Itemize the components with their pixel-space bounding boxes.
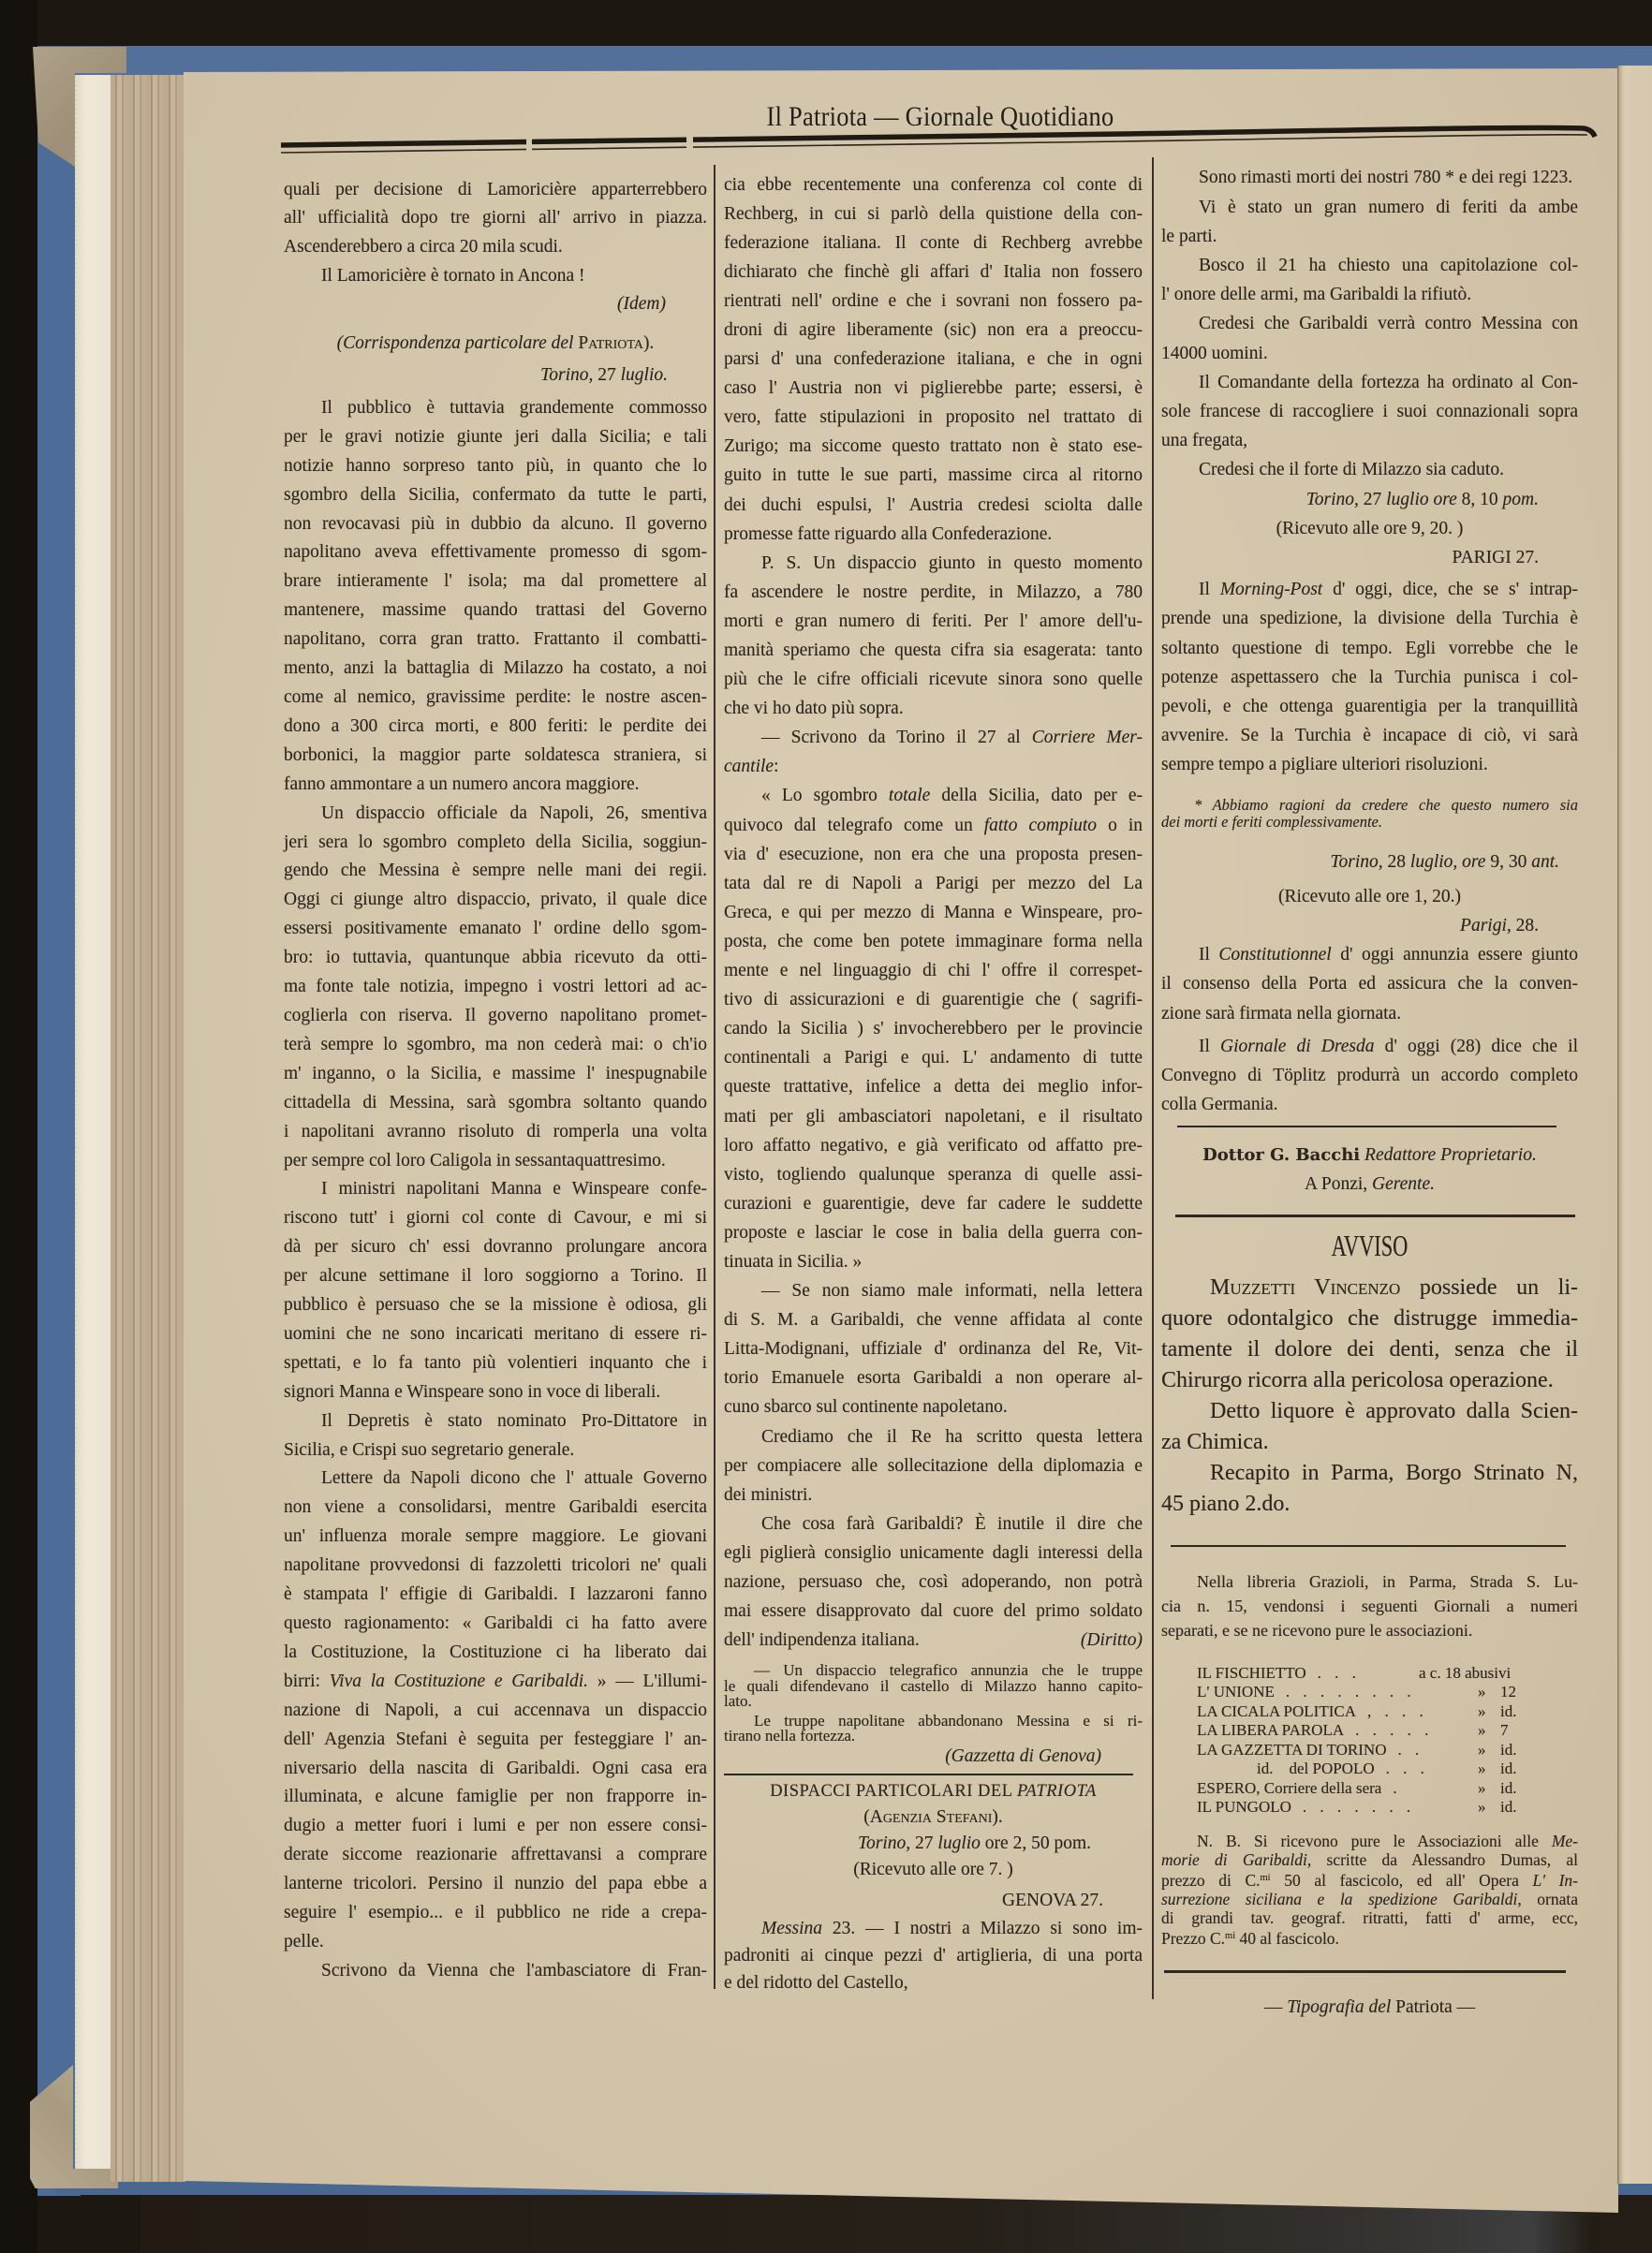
text-line: separati, e se ne ricevono pure le assoc…: [1161, 1618, 1578, 1642]
text-segment: , ornata: [1517, 1890, 1578, 1908]
text-line: un' influenza morale sempre maggiore. Le…: [284, 1523, 707, 1552]
paragraph: Vi è stato un gran numero di feriti da a…: [1161, 193, 1578, 251]
text-line: potenze aspettassero che la Turchia puni…: [1161, 663, 1578, 692]
text-line: e del ridotto del Castello,: [724, 1969, 1143, 1996]
received-time: (Ricevuto alle ore 9, 20. ): [1161, 514, 1578, 543]
advertisement-paragraph: Detto liquore è approvato dalla Scien-za…: [1161, 1396, 1578, 1458]
advertisement-title: AVVISO: [1161, 1227, 1578, 1264]
text-line: per le gravi notizie giunte jeri dalla S…: [284, 423, 707, 452]
text-line: A Ponzi, Gerente.: [1161, 1170, 1578, 1199]
text-line: cando la Sicilia ) s' invocherebbero per…: [724, 1014, 1143, 1043]
text-line: torio Emanuele esorta Garibaldi a non op…: [724, 1363, 1143, 1392]
text-line: continentali a Parigi e qui. L' andament…: [724, 1043, 1143, 1072]
price-list-row: id. del POPOLO. . .»id.: [1161, 1760, 1578, 1779]
text-line: Greca, e qui per mezzo di Manna e Winspe…: [724, 898, 1143, 927]
price-list-row: IL FISCHIETTO. . .a c. 18 abusivi: [1161, 1664, 1578, 1684]
text-line: Vi è stato un gran numero di feriti da a…: [1161, 193, 1578, 222]
text-line: parsi d' una confederazione italiana, e …: [724, 345, 1143, 374]
text-segment: N. B. Si ricevono pure le Associazioni a…: [1197, 1832, 1552, 1850]
text-line: Bosco il 21 ha chiesto una capitolazione…: [1161, 251, 1578, 280]
text-segment: d' oggi annunzia essere giunto: [1332, 945, 1578, 965]
paragraph: Crediamo che il Re ha scritto questa let…: [724, 1422, 1143, 1509]
column-3: Sono rimasti morti dei nostri 780 * e de…: [1161, 163, 1578, 2021]
text-line: za Chimica.: [1161, 1427, 1578, 1458]
text-line: la Costituzione, la Costituzione ci ha l…: [284, 1639, 707, 1668]
masthead-rule: [0, 0, 1652, 187]
price-list-dots: . . . . . . .: [1303, 1798, 1415, 1816]
column-divider-1: [714, 165, 715, 1989]
price-list-dots: . . . . .: [1355, 1721, 1433, 1739]
text-line: soltanto questione di tempo. Egli vorreb…: [1161, 634, 1578, 663]
text-line: (Idem): [284, 291, 666, 317]
text-segment: ).: [643, 333, 654, 353]
text-line: le parti.: [1161, 222, 1578, 251]
text-line: questo ragionamento: « Garibaldi ci ha f…: [284, 1610, 707, 1639]
text-line: per alcune settimane il loro soggiorno a…: [284, 1262, 707, 1291]
price-list-name: IL FISCHIETTO: [1197, 1664, 1306, 1682]
text-line: coglierla con riserva. Il governo napoli…: [284, 1002, 707, 1031]
text-line: Recapito in Parma, Borgo Strinato N,: [1161, 1458, 1578, 1489]
text-line: più che le cifre officiali ricevute sino…: [724, 665, 1143, 694]
text-line: cuno sbarco sul continente napoletano.: [724, 1392, 1143, 1421]
italic-text: Giornale di Dresda: [1220, 1037, 1375, 1056]
advertisement-paragraph: Muzzetti Vincenzo possiede un li-quore o…: [1161, 1273, 1578, 1396]
text-line: Zurigo; ma siccome questo trattato non è…: [724, 432, 1143, 461]
text-line: promesse fatte riguardo alla Confederazi…: [724, 520, 1143, 549]
paragraph: Il Giornale di Dresda d' oggi (28) dice …: [1161, 1032, 1578, 1120]
text-segment: della Sicilia, dato per e-: [930, 786, 1143, 805]
italic-text: Torino,: [1330, 852, 1382, 872]
text-line: per compiacere alle sollecitazione della…: [724, 1451, 1143, 1480]
text-line: quore odontalgico che distrugge immedia-: [1161, 1303, 1578, 1334]
paragraph: Sono rimasti morti dei nostri 780 * e de…: [1161, 163, 1578, 192]
text-segment: quivoco dal telegrafo come un: [724, 816, 984, 835]
text-line: guito in tutte le sue parti, massime cir…: [724, 461, 1143, 490]
text-line: (Ricevuto alle ore 7. ): [724, 1857, 1143, 1883]
text-line: federazione italiana. Il conte di Rechbe…: [724, 228, 1143, 258]
price-list-row: LA LIBERA PAROLA. . . . .»7: [1161, 1721, 1578, 1741]
paragraph: Bosco il 21 ha chiesto una capitolazione…: [1161, 251, 1578, 309]
text-line: m' inganno, o la Sicilia, e massime l' i…: [284, 1060, 707, 1089]
text-line: di grandi tav. geograf. ritratti, fatti …: [1161, 1908, 1578, 1927]
text-line: visto, togliendo qualunque speranza di q…: [724, 1160, 1143, 1189]
text-line: morie di Garibaldi, scritte da Alessandr…: [1161, 1850, 1578, 1869]
text-line: Lettere da Napoli dicono che l' attuale …: [284, 1465, 707, 1494]
text-line: Detto liquore è approvato dalla Scien-: [1161, 1396, 1578, 1427]
italic-text: (Idem): [617, 294, 666, 314]
text-line: prende una spedizione, la divisione dell…: [1161, 604, 1578, 633]
divider-rule: [1171, 1545, 1566, 1547]
text-line: le quali difendevano il castello di Mila…: [724, 1679, 1143, 1695]
text-line: mantenere, massime quando trattasi del G…: [284, 596, 707, 626]
paragraph: Il Depretis è stato nominato Pro-Dittato…: [284, 1407, 707, 1465]
text-line: zione sarà firmata nella giornata.: [1161, 999, 1578, 1028]
text-segment: — Scrivono da Torino il 27 al: [761, 728, 1032, 747]
price-list-mark: »: [1478, 1741, 1486, 1760]
text-line: niversario della nascita di Garibaldi. O…: [284, 1755, 707, 1784]
dateline: Torino, 27 luglio ore 8, 10 pom.: [1161, 485, 1578, 514]
paragraph: quali per decisione di Lamoricière appar…: [284, 176, 707, 263]
price-list-mark: »: [1478, 1798, 1486, 1818]
text-segment: A Ponzi,: [1305, 1174, 1372, 1194]
text-line: sgombro della Sicilia, confermato da tut…: [284, 481, 707, 510]
dispatch-location: GENOVA 27.: [724, 1886, 1143, 1915]
text-line: caso l' Austria non vi piglierebbe parte…: [724, 374, 1143, 403]
paragraph: Il Constitutionnel d' oggi annunzia esse…: [1161, 940, 1578, 1028]
text-line: nazione, persuaso che, così adoperando, …: [724, 1568, 1143, 1597]
text-line: il consenso della Porta ed assicura che …: [1161, 969, 1578, 998]
text-line: Il Comandante della fortezza ha ordinato…: [1161, 368, 1578, 397]
text-line: sole francese di raccogliere i suoi conn…: [1161, 397, 1578, 426]
price-list-dots: .: [1393, 1779, 1401, 1797]
price-list-name: ESPERO, Corriere della sera: [1197, 1779, 1381, 1797]
text-line: — Tipografia del Patriota —: [1161, 1994, 1578, 2022]
paragraph: Il Morning-Post d' oggi, dice, che se s'…: [1161, 575, 1578, 779]
price-list-name: IL PUNGOLO: [1197, 1798, 1291, 1816]
text-line: cittadella di Messina, sarà sgombra solt…: [284, 1089, 707, 1118]
text-line: all' ufficialità dopo tre giorni all' ar…: [284, 204, 707, 233]
text-line: Il Depretis è stato nominato Pro-Dittato…: [284, 1407, 707, 1436]
column-divider-2: [1152, 157, 1154, 1999]
text-line: lato.: [724, 1694, 1143, 1710]
text-line: (Ricevuto alle ore 9, 20. ): [1161, 514, 1578, 543]
source-attribution: (Gazzetta di Genova): [724, 1745, 1143, 1769]
price-list-dots: . .: [1397, 1741, 1423, 1759]
text-line: dichiarato che finchè gli affari d' Ital…: [724, 258, 1143, 287]
colophon: — Tipografia del Patriota —: [1161, 1994, 1578, 2022]
text-line: ma fonte tale notizia, impegno i vostri …: [284, 973, 707, 1002]
dateline: Torino, 27 luglio ore 2, 50 pom.: [724, 1831, 1143, 1857]
text-line: surrezione siciliana e la spedizione Gar…: [1161, 1890, 1578, 1908]
price-list-price: 7: [1500, 1721, 1509, 1741]
italic-text: Constitutionnel: [1218, 945, 1331, 965]
text-line: dell' indipendenza italiana.(Diritto): [724, 1626, 1143, 1655]
text-line: Crediamo che il Re ha scritto questa let…: [724, 1422, 1143, 1451]
divider-rule: [1175, 1215, 1575, 1217]
price-list-mark: »: [1478, 1779, 1486, 1799]
italic-text: Viva la Costituzione e Garibaldi.: [330, 1671, 588, 1691]
text-line: pevoli, e che ottenga guarentigia per la…: [1161, 692, 1578, 721]
text-line: vero, fatte stipulazioni in proposito ne…: [724, 403, 1143, 432]
advertisement-paragraph: Recapito in Parma, Borgo Strinato N,45 p…: [1161, 1458, 1578, 1520]
text-line: 14000 uomini.: [1161, 339, 1578, 368]
text-line: Rechberg, in cui si parlò della quistion…: [724, 199, 1143, 228]
italic-text: pom.: [1503, 490, 1539, 509]
text-line: è stampata l' effigie di Garibaldi. I la…: [284, 1581, 707, 1610]
text-line: Parigi, 28.: [1161, 911, 1539, 940]
text-line: morti e gran numero di feriti. Per l' am…: [724, 607, 1143, 636]
text-segment: Il: [1199, 1037, 1220, 1056]
text-segment: » — L'illumi-: [588, 1671, 707, 1691]
text-line: nazione di Napoli, a cui accennava un di…: [284, 1697, 707, 1726]
price-list-dots: . . . . . . . .: [1286, 1683, 1416, 1701]
paragraph: — Scrivono da Torino il 27 al Corriere M…: [724, 723, 1143, 781]
italic-text: (Corrispondenza particolare del: [337, 333, 579, 353]
text-segment: d' oggi (28) dice che il: [1375, 1037, 1578, 1056]
text-line: — Se non siamo male informati, nella l­e…: [724, 1276, 1143, 1305]
text-line: Messina 23. — I nostri a Milazzo si sono…: [724, 1915, 1143, 1942]
italic-text: morie di Garibaldi: [1161, 1850, 1307, 1869]
divider-rule: [724, 1774, 1133, 1775]
text-line: 45 piano 2.do.: [1161, 1489, 1578, 1520]
price-list-mark: »: [1478, 1721, 1486, 1741]
text-line: Convegno di Töplitz produrrà un accordo …: [1161, 1061, 1578, 1090]
text-line: via d' esecuzione, non era che una propo…: [724, 840, 1143, 869]
text-line: jeri sera lo sgombro completo della Sici…: [284, 829, 707, 858]
dispatch-location: PARIGI 27.: [1161, 543, 1578, 572]
text-line: Il Giornale di Dresda d' oggi (28) dice …: [1161, 1032, 1578, 1061]
italic-text: Torino,: [540, 365, 593, 385]
text-segment: :: [774, 757, 778, 776]
text-line: riscono tutt' i giorni col conte di Cavo…: [284, 1204, 707, 1233]
text-line: proposte e lasciar le cose in balia dell…: [724, 1218, 1143, 1247]
received-time: (Ricevuto alle ore 1, 20.): [1161, 882, 1578, 911]
text-line: Sicilia, e Crispi suo segretario general…: [284, 1436, 707, 1465]
price-list-price: id.: [1500, 1779, 1516, 1799]
text-line: GENOVA 27.: [724, 1886, 1103, 1915]
text-line: manità speriamo che questa cifra sia esa…: [724, 636, 1143, 665]
paragraph: Scrivono da Vienna che l'ambasciatore di…: [284, 1957, 707, 1986]
italic-text: Gerente.: [1372, 1174, 1435, 1194]
text-segment: d' oggi, dice, che se s' intrap-: [1322, 580, 1578, 599]
price-list-dots: , . . .: [1367, 1702, 1428, 1720]
paragraph: Il Comandante della fortezza ha ordinato…: [1161, 368, 1578, 456]
italic-text: (Diritto): [1081, 1626, 1143, 1655]
text-line: colla Germania.: [1161, 1090, 1578, 1119]
text-line: Il pubblico è tuttavia grandemente commo…: [284, 394, 707, 423]
italic-text: Me-: [1552, 1832, 1578, 1850]
text-line: loro affatto negativo, e già verificato …: [724, 1131, 1143, 1160]
price-list-row: L' UNIONE. . . . . . . .»12: [1161, 1683, 1578, 1702]
dateline: Torino, 28 luglio, ore 9, 30 ant.: [1161, 847, 1578, 876]
text-line: mati per gli ambasciatori napoletani, e …: [724, 1102, 1143, 1131]
price-list-row: ESPERO, Corriere della sera.»id.: [1161, 1779, 1578, 1799]
price-list-name: id. del POPOLO: [1257, 1760, 1375, 1777]
text-line: birri: Viva la Costituzione e Garibaldi.…: [284, 1668, 707, 1697]
small-caps-text: (Agenzia Stefani).: [863, 1807, 1003, 1827]
text-line: fanno ammontare a un numero ancora maggi…: [284, 771, 707, 800]
bold-text: Dottor G. Bacchi: [1202, 1145, 1360, 1165]
text-line: dei duchi espulsi, l' Austria credesi sc…: [724, 491, 1143, 520]
text-segment: birri:: [284, 1671, 330, 1691]
paragraph: cia ebbe recentemente una conferenza col…: [724, 170, 1143, 549]
text-line: napolitano, corra gran tratto. Frattanto…: [284, 626, 707, 655]
text-line: Il Lamoricière è tornato in Ancona !: [284, 262, 707, 291]
text-line: Torino, 27 luglio ore 8, 10 pom.: [1161, 485, 1539, 514]
text-line: uomini che ne sono incaricati meritano d…: [284, 1320, 707, 1349]
paragraph: P. S. Un dispaccio giunto in questo mome…: [724, 549, 1143, 724]
text-line: « Lo sgombro totale della Sicilia, dato …: [724, 781, 1143, 810]
text-line: droni di agire liberamente (sic) non era…: [724, 316, 1143, 345]
italic-text: Tipografia del: [1287, 1997, 1391, 2017]
newspaper-price-list: IL FISCHIETTO. . .a c. 18 abusiviL' UNIO…: [1161, 1664, 1578, 1818]
text-line: dei ministri.: [724, 1480, 1143, 1509]
price-list-name: LA GAZZETTA DI TORINO: [1197, 1741, 1386, 1759]
text-line: sempre tempo a pigliare ulteriori risolu…: [1161, 750, 1578, 779]
column-1: quali per decisione di Lamoricière appar…: [284, 176, 707, 1986]
text-line: dell' Agenzia Stefani è seguita per fest…: [284, 1726, 707, 1755]
text-line: fa ascendere le nostre perdite, in Milaz…: [724, 578, 1143, 607]
page-stack-edges: [111, 75, 185, 2182]
italic-text: Redattore Proprietario.: [1364, 1145, 1537, 1165]
price-list-price: id.: [1500, 1760, 1516, 1779]
text-line: seguire l' esempio... e il pubblico ne r…: [284, 1899, 707, 1928]
text-segment: « Lo sgombro: [761, 786, 889, 805]
price-list-dots: . . .: [1318, 1664, 1361, 1682]
text-segment: 23. — I nostri a Milazzo si sono im-: [822, 1919, 1143, 1938]
price-list-mark: »: [1478, 1683, 1486, 1702]
text-line: prezzo di C.mi 50 al fascicolo, ed all' …: [1161, 1869, 1578, 1890]
text-line: non viene a consolidarsi, mentre Garibal…: [284, 1494, 707, 1523]
italic-text: ant.: [1531, 852, 1559, 872]
text-line: Prezzo C.mi 40 al fascicolo.: [1161, 1927, 1578, 1948]
italic-text: Torino,: [1306, 490, 1359, 509]
text-line: PARIGI 27.: [1161, 543, 1539, 572]
text-line: napolitane provvedonsi di fazzoletti tri…: [284, 1552, 707, 1581]
text-line: queste trattative, infelice a detta dei …: [724, 1072, 1143, 1101]
text-line: Torino, 27 luglio ore 2, 50 pom.: [724, 1831, 1091, 1857]
text-line: mento, anzi la battaglia di Milazzo ha c…: [284, 655, 707, 684]
text-line: egli piglierà consiglio unicamente dagli…: [724, 1539, 1143, 1568]
text-line: i napolitani avranno risoluto di romperl…: [284, 1118, 707, 1147]
italic-text: (Gazzetta di Genova): [945, 1746, 1101, 1766]
nota-bene-notice: N. B. Si ricevono pure le Associazioni a…: [1161, 1832, 1578, 1948]
text-line: lanterne tricolori. Persino il nunzio de…: [284, 1870, 707, 1899]
price-list-dots: . . .: [1386, 1760, 1429, 1777]
price-list-row: LA CICALA POLITICA, . . .»id.: [1161, 1702, 1578, 1722]
paragraph: Credesi che il forte di Milazzo sia cadu…: [1161, 455, 1578, 484]
text-line: N. B. Si ricevono pure le Associazioni a…: [1161, 1832, 1578, 1850]
price-list-price: 12: [1500, 1683, 1516, 1702]
text-line: di S. M. a Garibaldi, che venne affidata…: [724, 1305, 1143, 1334]
paragraph: Credesi che Garibaldi verrà contro Messi…: [1161, 309, 1578, 367]
text-line: Scrivono da Vienna che l'ambasciatore di…: [284, 1957, 707, 1986]
price-list-price: a c. 18 abusivi: [1419, 1664, 1511, 1684]
text-segment: ore 2, 50 pom.: [981, 1833, 1091, 1853]
text-line: avvenire. Se la Turchia è incapace di ci…: [1161, 721, 1578, 750]
text-line: spettati, e lo fa tanto più volentieri i…: [284, 1349, 707, 1378]
text-line: quivoco dal telegrafo come un fatto comp…: [724, 811, 1143, 840]
text-segment: 27: [910, 1833, 937, 1853]
italic-text: L' In-: [1532, 1871, 1578, 1890]
text-line: Il Constitutionnel d' oggi annunzia esse…: [1161, 940, 1578, 969]
italic-text: fatto compiuto: [984, 816, 1097, 835]
section-heading: (Corrispondenza particolare del Patriota…: [284, 330, 707, 359]
italic-text: Corriere Mer-: [1032, 728, 1143, 747]
text-segment: 27: [1359, 490, 1386, 509]
text-line: Chirurgo ricorra alla pericolosa operazi…: [1161, 1365, 1578, 1396]
text-line: I ministri napolitani Manna e Winspeare …: [284, 1175, 707, 1204]
small-caps-text: Muzzetti Vincenzo: [1210, 1275, 1400, 1300]
price-list-price: id.: [1500, 1741, 1516, 1760]
text-line: tivo di assicurazioni e di guarentigie c…: [724, 985, 1143, 1014]
italic-text: cantile: [724, 757, 774, 776]
italic-text: Torino,: [858, 1833, 910, 1853]
text-line: tata dal re di Napoli a Parigi per mezzo…: [724, 869, 1143, 898]
text-line: Il Morning-Post d' oggi, dice, che se s'…: [1161, 575, 1578, 604]
text-line: cia ebbe recentemente una conferenza col…: [724, 170, 1143, 199]
italic-text: Morning-Post: [1220, 580, 1322, 599]
price-list-name: LA LIBERA PAROLA: [1197, 1721, 1344, 1739]
text-line: pubblico è persuaso che se la missione è…: [284, 1291, 707, 1320]
italic-text: Messina: [761, 1919, 822, 1938]
text-line: * Abbiamo ragioni da credere che questo …: [1161, 797, 1578, 814]
text-line: signori Manna e Winspeare sono in voce d…: [284, 1378, 707, 1407]
text-line: mente e nel linguaggio di chi l' offre i…: [724, 956, 1143, 985]
paragraph: Lettere da Napoli dicono che l' attuale …: [284, 1465, 707, 1956]
text-line: curazioni e guarentigie, deve far cadere…: [724, 1189, 1143, 1218]
price-list-price: id.: [1500, 1798, 1516, 1818]
text-line: DISPACCI PARTICOLARI DEL PATRIOTA: [724, 1778, 1143, 1804]
text-line: P. S. Un dispaccio giunto in questo mome…: [724, 549, 1143, 578]
paragraph: Il pubblico è tuttavia grandemente commo…: [284, 394, 707, 800]
source-attribution: (Idem): [284, 291, 707, 317]
footnote: * Abbiamo ragioni da credere che questo …: [1161, 797, 1578, 831]
text-line: Ascenderebbero a circa 20 mila scudi.: [284, 233, 707, 262]
text-line: essersi positivamente emanato l' ordine …: [284, 915, 707, 944]
text-line: Credesi che il forte di Milazzo sia cadu…: [1161, 455, 1578, 484]
text-segment: DISPACCI PARTICOLARI DEL: [770, 1782, 1017, 1801]
text-line: borbonici, la maggior parte soldatesca s…: [284, 742, 707, 771]
section-heading: DISPACCI PARTICOLARI DEL PATRIOTA: [724, 1778, 1143, 1804]
text-segment: , scritte da Alessandro Dumas, al: [1307, 1850, 1578, 1869]
text-segment: dell' indipendenza italiana.: [724, 1630, 920, 1650]
text-line: posta, che come ben potete immaginare fo…: [724, 927, 1143, 956]
italic-text: surrezione siciliana e la spedizione Gar…: [1161, 1890, 1517, 1908]
text-line: mai essere disapprovato dal cuore del pr…: [724, 1597, 1143, 1626]
price-list-mark: »: [1478, 1760, 1486, 1779]
text-segment: 40 al fascicolo.: [1235, 1929, 1339, 1948]
scanner-background: [0, 0, 37, 2253]
italic-text: luglio, ore: [1410, 852, 1486, 872]
column-2: cia ebbe recentemente una conferenza col…: [724, 170, 1143, 1997]
italic-text: Parigi,: [1460, 916, 1512, 935]
text-segment: —: [1264, 1997, 1287, 2017]
received-time: (Ricevuto alle ore 7. ): [724, 1857, 1143, 1883]
price-list-row: LA GAZZETTA DI TORINO. .»id.: [1161, 1741, 1578, 1760]
text-segment: 9, 30: [1485, 852, 1531, 872]
italic-text: totale: [889, 786, 930, 805]
text-line: come al nemico, gravissime perdite: le n…: [284, 684, 707, 713]
imprint-line: A Ponzi, Gerente.: [1161, 1170, 1578, 1199]
italic-text: luglio: [937, 1833, 981, 1853]
dispatch-location: Parigi, 28.: [1161, 911, 1578, 940]
text-line: derate siccome reazionarie affrettavansi…: [284, 1841, 707, 1870]
telegram-note: — Un dispaccio telegrafico annunzia che …: [724, 1663, 1143, 1710]
italic-text: luglio.: [621, 365, 668, 385]
price-list-row: IL PUNGOLO. . . . . . .»id.: [1161, 1798, 1578, 1818]
italic-text: luglio ore: [1386, 490, 1457, 509]
imprint-line: Dottor G. Bacchi Redattore Proprietario.: [1161, 1141, 1578, 1170]
price-list-mark: »: [1478, 1702, 1486, 1722]
text-line: cia n. 15, vendonsi i seguenti Giornali …: [1161, 1594, 1578, 1618]
text-line: dà per sicuro ch' essi dovranno prolunga…: [284, 1233, 707, 1262]
text-line: (Gazzetta di Genova): [724, 1745, 1101, 1769]
text-segment: Il: [1199, 945, 1218, 965]
text-line: brare intieramente l' isola; ma dal prom…: [284, 567, 707, 596]
text-line: tamente il dolore dei denti, senza che i…: [1161, 1334, 1578, 1365]
text-line: dei morti e feriti complessivamente.: [1161, 814, 1578, 831]
text-line: dono a 300 circa morti, e 800 feriti: le…: [284, 713, 707, 742]
paragraph: — Se non siamo male informati, nella l­e…: [724, 1276, 1143, 1421]
text-line: Un dispaccio officiale da Napoli, 26, sm…: [284, 800, 707, 829]
text-line: napolitano aveva effettivamente promesso…: [284, 538, 707, 567]
text-segment: Patriota —: [1391, 1997, 1475, 2017]
paragraph: Che cosa farà Garibaldi? È inutile il di…: [724, 1509, 1143, 1655]
text-segment: 27: [593, 365, 620, 385]
text-segment: 28: [1383, 852, 1410, 872]
bookshop-notice: Nella libreria Grazioli, in Parma, Strad…: [1161, 1569, 1578, 1642]
